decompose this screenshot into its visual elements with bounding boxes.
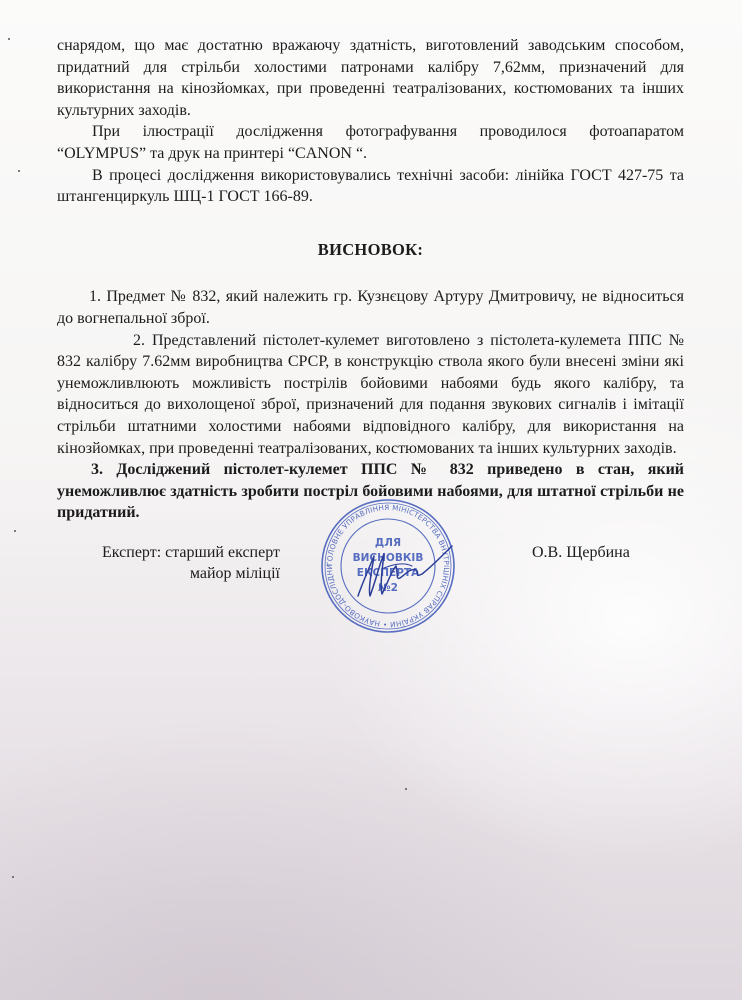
photo-paragraph: При ілюстрації дослідження фотографуванн…: [57, 121, 684, 164]
conclusion-item-1: 1. Предмет № 832, який належить гр. Кузн…: [57, 286, 684, 329]
expert-position: Експерт: старший експерт майор міліції: [65, 542, 280, 584]
stamp-line-2: ВИСНОВКІВ: [353, 552, 424, 564]
tools-paragraph: В процесі дослідження використовувались …: [57, 165, 684, 208]
expert-position-line1: Експерт: старший експерт: [65, 542, 280, 563]
continued-paragraph: снарядом, що має достатню вражаючу здатн…: [57, 35, 684, 121]
paper-speck: [18, 170, 20, 172]
official-stamp-icon: ГОЛОВНЕ УПРАВЛІННЯ МІНІСТЕРСТВА ВНУТРІШН…: [318, 496, 458, 636]
document-body: снарядом, що має достатню вражаючу здатн…: [57, 35, 684, 524]
expert-name: О.В. Щербина: [532, 542, 630, 563]
paper-speck: [12, 876, 14, 878]
paper-speck: [14, 530, 16, 532]
conclusion-item-2: 2. Представлений пістолет-кулемет вигото…: [57, 330, 684, 460]
stamp-line-1: ДЛЯ: [375, 537, 401, 549]
expert-rank: майор міліції: [65, 563, 280, 584]
paper-speck: [405, 788, 407, 790]
conclusion-heading: ВИСНОВОК:: [57, 239, 684, 261]
paper-speck: [8, 38, 10, 40]
